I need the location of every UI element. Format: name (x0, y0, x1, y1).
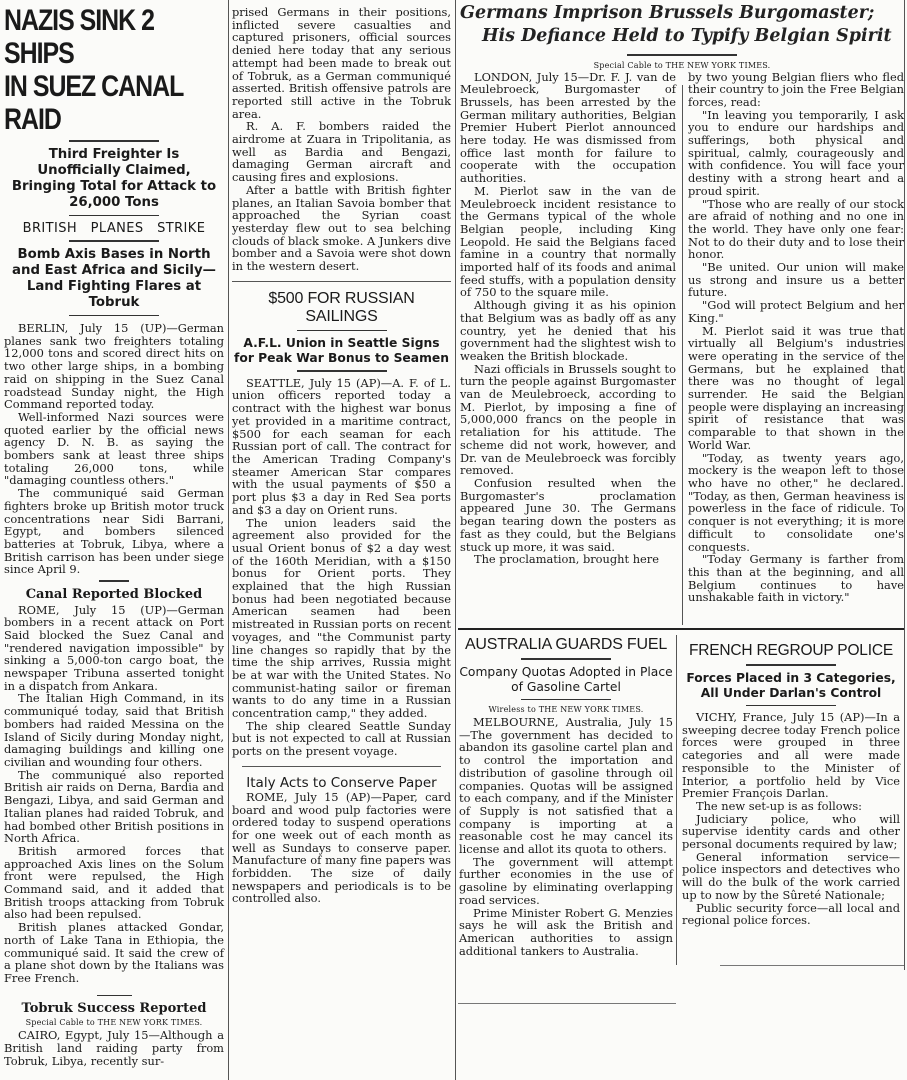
paragraph: "God will protect Belgium and her King." (688, 299, 904, 324)
article-body: VICHY, France, July 15 (AP)—In a sweepin… (682, 711, 900, 927)
subheading: Tobruk Success Reported (4, 1001, 224, 1016)
headline: Italy Acts to Conserve Paper (232, 775, 451, 791)
headline-line: His Defiance Held to Typify Belgian Spir… (460, 25, 904, 48)
deck: Company Quotas Adopted in Place of Gasol… (459, 665, 673, 695)
paragraph: The new set-up is as follows: (682, 800, 900, 813)
paragraph: "Today, as twenty years ago, mockery is … (688, 452, 904, 554)
paragraph: The ship cleared Seattle Sunday but is n… (232, 720, 451, 758)
paragraph: The proclamation, brought here (460, 553, 676, 566)
article-continuation: prised Germans in their positions, infli… (232, 0, 451, 905)
article-body: ROME, July 15 (AP)—Paper, card board and… (232, 791, 451, 905)
column-rule (228, 0, 229, 1080)
byline-credit: Wireless to THE NEW YORK TIMES. (459, 705, 673, 714)
paragraph: Well-informed Nazi sources were quoted e… (4, 411, 224, 487)
headline-line: IN SUEZ CANAL RAID (4, 70, 224, 136)
paragraph: After a battle with British fighter plan… (232, 184, 451, 273)
article-body: BERLIN, July 15 (UP)—German planes sank … (4, 322, 224, 576)
paragraph: General information service—police inspe… (682, 851, 900, 902)
paragraph: ROME, July 15 (AP)—Paper, card board and… (232, 791, 451, 905)
paragraph: "Be united. Our union will make us stron… (688, 261, 904, 299)
deck: A.F.L. Union in Seattle Signs for Peak W… (232, 336, 451, 366)
paragraph: Judiciary police, who will supervise ide… (682, 813, 900, 851)
divider (746, 705, 836, 707)
paragraph: BERLIN, July 15 (UP)—German planes sank … (4, 322, 224, 411)
paragraph: CAIRO, Egypt, July 15—Although a British… (4, 1029, 224, 1067)
paragraph: M. Pierlot said it was true that virtual… (688, 325, 904, 452)
divider (297, 330, 387, 332)
article-australia-fuel: AUSTRALIA GUARDS FUEL Company Quotas Ado… (459, 636, 673, 957)
divider (69, 315, 159, 317)
paragraph: R. A. F. bombers raided the airdrome at … (232, 120, 451, 184)
article-body: LONDON, July 15—Dr. F. J. van de Meulebr… (460, 71, 676, 605)
divider (242, 766, 441, 767)
article-belgium: Germans Imprison Brussels Burgomaster; H… (460, 0, 904, 604)
divider (627, 54, 737, 56)
headline: AUSTRALIA GUARDS FUEL (459, 636, 673, 654)
paragraph: "In leaving you temporarily, I ask you t… (688, 109, 904, 198)
article-columns: LONDON, July 15—Dr. F. J. van de Meulebr… (460, 71, 904, 605)
paragraph: Prime Minister Robert G. Menzies says he… (459, 907, 673, 958)
divider (746, 664, 836, 666)
paragraph: by two young Belgian fliers who fled the… (688, 71, 904, 109)
paragraph: "Today Germany is farther from this than… (688, 553, 904, 604)
article-body: CAIRO, Egypt, July 15—Although a British… (4, 1029, 224, 1067)
headline: NAZIS SINK 2 SHIPS IN SUEZ CANAL RAID (4, 4, 224, 136)
divider (69, 215, 159, 217)
paragraph: Nazi officials in Brussels sought to tur… (460, 363, 676, 477)
paragraph: The communiqué also reported British air… (4, 769, 224, 845)
headline-line: Germans Imprison Brussels Burgomaster; (460, 2, 904, 25)
divider (232, 281, 451, 282)
article-body: MELBOURNE, Australia, July 15—The govern… (459, 716, 673, 957)
deck: Third Freighter Is Unofficially Claimed,… (4, 147, 224, 211)
paragraph: The Italian High Command, in its communi… (4, 692, 224, 768)
divider (521, 699, 611, 701)
divider (521, 658, 611, 660)
headline: $500 FOR RUSSIAN SAILINGS (232, 290, 451, 326)
paragraph: VICHY, France, July 15 (AP)—In a sweepin… (682, 711, 900, 800)
byline-credit: Special Cable to THE NEW YORK TIMES. (4, 1018, 224, 1027)
paragraph: The communiqué said German fighters brok… (4, 487, 224, 576)
deck-caps: BRITISH PLANES STRIKE (4, 221, 224, 236)
column-rule (904, 0, 905, 970)
headline-line: NAZIS SINK 2 SHIPS (4, 4, 224, 70)
divider (69, 240, 159, 242)
paragraph: LONDON, July 15—Dr. F. J. van de Meulebr… (460, 71, 676, 185)
paragraph: The union leaders said the agreement als… (232, 517, 451, 720)
paragraph: Confusion resulted when the Burgomaster'… (460, 477, 676, 553)
article-nazis-sink-ships: NAZIS SINK 2 SHIPS IN SUEZ CANAL RAID Th… (4, 0, 224, 1067)
paragraph: British armored forces that approached A… (4, 845, 224, 921)
divider (99, 580, 129, 582)
article-body: SEATTLE, July 15 (AP)—A. F. of L. union … (232, 377, 451, 758)
article-body: ROME, July 15 (UP)—German bombers in a r… (4, 604, 224, 985)
paragraph: M. Pierlot saw in the van de Meulebroeck… (460, 185, 676, 299)
paragraph: prised Germans in their positions, infli… (232, 6, 451, 120)
divider (297, 370, 387, 372)
article-italy-paper: Italy Acts to Conserve Paper ROME, July … (232, 775, 451, 905)
column-rule (676, 635, 677, 965)
paragraph: "Those who are really of our stock are a… (688, 198, 904, 262)
article-french-police: FRENCH REGROUP POLICE Forces Placed in 3… (682, 642, 900, 927)
subheading: Canal Reported Blocked (4, 587, 224, 602)
deck: Forces Placed in 3 Categories, All Under… (682, 671, 900, 701)
headline: FRENCH REGROUP POLICE (682, 642, 900, 660)
byline-credit: Special Cable to THE NEW YORK TIMES. (460, 61, 904, 70)
paragraph: ROME, July 15 (UP)—German bombers in a r… (4, 604, 224, 693)
article-body: prised Germans in their positions, infli… (232, 6, 451, 273)
paragraph: Public security force—all local and regi… (682, 902, 900, 927)
divider (69, 140, 159, 142)
section-rule (458, 1003, 676, 1004)
article-russian-sailings: $500 FOR RUSSIAN SAILINGS A.F.L. Union i… (232, 290, 451, 758)
section-rule (720, 965, 904, 966)
column-rule (455, 0, 456, 1080)
divider (97, 995, 132, 997)
article-body: by two young Belgian fliers who fled the… (688, 71, 904, 605)
headline: Germans Imprison Brussels Burgomaster; H… (460, 2, 904, 48)
paragraph: The government will attempt further econ… (459, 856, 673, 907)
section-rule (458, 628, 904, 630)
paragraph: SEATTLE, July 15 (AP)—A. F. of L. union … (232, 377, 451, 517)
paragraph: British planes attacked Gondar, north of… (4, 921, 224, 985)
paragraph: Although giving it as his opinion that B… (460, 299, 676, 363)
deck: Bomb Axis Bases in North and East Africa… (4, 247, 224, 311)
paragraph: MELBOURNE, Australia, July 15—The govern… (459, 716, 673, 856)
